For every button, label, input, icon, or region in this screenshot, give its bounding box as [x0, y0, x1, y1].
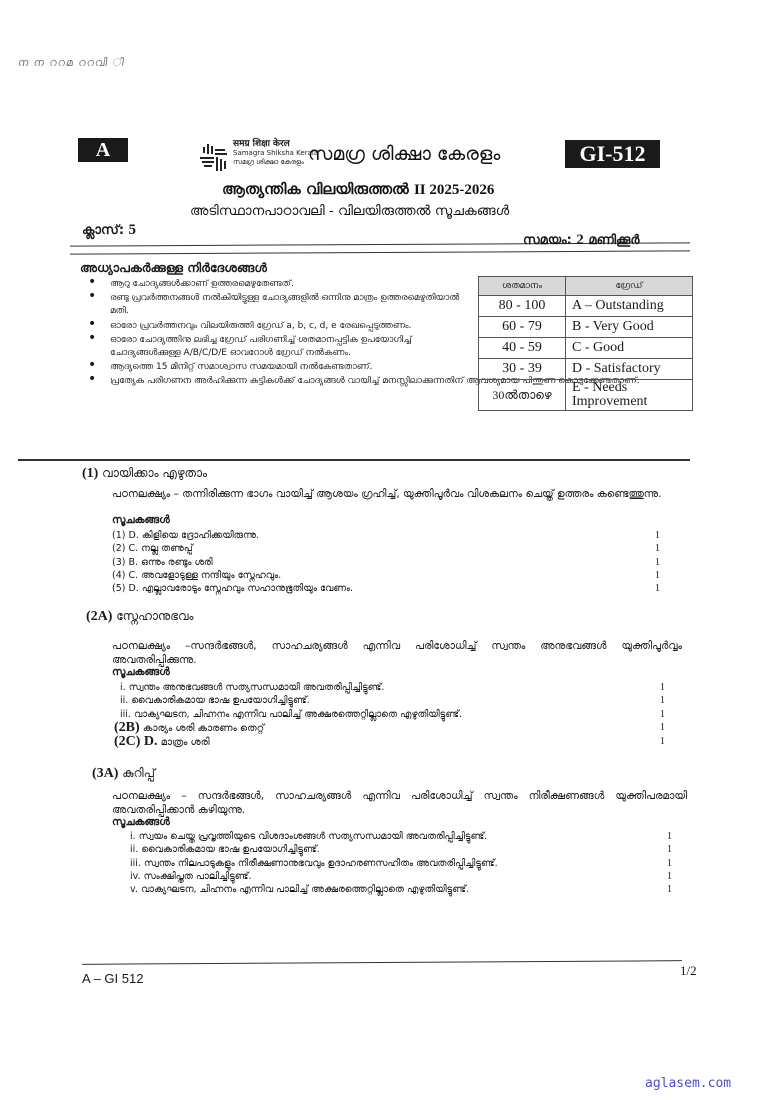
percentage-cell: 80 - 100: [479, 296, 566, 317]
section-2a-heading: (2A) സ്നേഹാനുഭവം: [86, 609, 194, 625]
instruction-item: ആറു ചോദ്യങ്ങൾക്കാണ് ഉത്തരമെഴുതേണ്ടത്.: [88, 278, 480, 291]
header-percentage: ശതമാനം: [479, 277, 566, 296]
answer-2b-row: (2B) കാര്യം ശരി കാരണം തെറ്റ്1: [114, 721, 665, 735]
section-3a-indicators: i. സ്വയം ചെയ്ത പ്രവൃത്തിയുടെ വിശദാംശങ്ങൾ…: [130, 830, 672, 896]
logo-line-hindi: समग्र शिक्षा केरल: [233, 140, 318, 149]
grade-cell: A – Outstanding: [566, 296, 693, 317]
indicator-row: (4) C. അവളോടുള്ള നന്ദിയും സ്നേഹവും.1: [112, 569, 660, 582]
grade-cell: E - Needs Improvement: [566, 380, 693, 411]
section-number: (2B): [114, 720, 140, 735]
table-row: 30 - 39 D - Satisfactory: [479, 359, 693, 380]
header-divider-2: [70, 250, 690, 254]
indicator-number: i.: [120, 682, 126, 693]
time-unit: മണിക്കൂർ: [588, 233, 639, 248]
scan-artifact-text: ന ന ററമ ററവി ി: [17, 56, 126, 70]
indicator-row: (1) D. കിളിയെ ദ്രോഹിക്കയിരുന്നു.1: [112, 529, 660, 542]
samagra-shiksha-logo-icon: [200, 143, 228, 173]
table-row: 80 - 100 A – Outstanding: [479, 296, 693, 317]
section-3a-objective: പഠനലക്ഷ്യം – സന്ദർഭങ്ങൾ, സാഹചര്യങ്ങൾ എന്…: [112, 789, 687, 817]
instructions-heading: അധ്യാപകർക്കുള്ള നിർദേശങ്ങൾ: [80, 260, 267, 276]
table-row: 30ൽതാഴെ E - Needs Improvement: [479, 380, 693, 411]
section-number: (2C) D.: [114, 734, 158, 749]
indicator-mark: 1: [667, 830, 672, 843]
indicator-number: ii.: [120, 695, 128, 706]
instruction-item: ഓരോ പ്രവർത്തനവും വിലയിരുത്തി ഗ്രേഡ് a, b…: [88, 320, 480, 333]
section-1-heading: (1) വായിക്കാം എഴുതാം: [82, 466, 207, 482]
footer-paper-code: A – GI 512: [82, 971, 143, 986]
section-title: സ്നേഹാനുഭവം: [116, 609, 193, 623]
indicator-mark: 1: [660, 681, 665, 694]
section-1-objective: പഠനലക്ഷ്യം – തന്നിരിക്കുന്ന ഭാഗം വായിച്ച…: [112, 487, 682, 501]
answer-2c-row: (2C) D. മാത്രം ശരി1: [114, 735, 665, 749]
indicator-number: (1): [112, 530, 125, 541]
indicator-mark: 1: [655, 542, 660, 555]
grade-cell: D - Satisfactory: [566, 359, 693, 380]
section-number: (1): [82, 466, 98, 481]
percentage-cell: 60 - 79: [479, 317, 566, 338]
indicator-text: D. കിളിയെ ദ്രോഹിക്കയിരുന്നു.: [129, 530, 259, 541]
percentage-cell: 30 - 39: [479, 359, 566, 380]
watermark-link[interactable]: aglasem.com: [645, 1076, 731, 1091]
indicator-row: (3) B. ഒന്നും രണ്ടും ശരി1: [112, 556, 660, 569]
indicator-text: സംക്ഷിപ്തത പാലിച്ചിട്ടുണ്ട്.: [144, 871, 252, 882]
indicators-label: സൂചകങ്ങൾ: [112, 816, 170, 829]
indicator-row: v. വാക്യഘടന, ചിഹ്നനം എന്നിവ പാലിച്ച് അക്…: [130, 883, 672, 896]
grade-table: ശതമാനം ഗ്രേഡ് 80 - 100 A – Outstanding 6…: [478, 276, 693, 411]
indicator-number: (4): [112, 570, 125, 581]
indicator-mark: 1: [655, 556, 660, 569]
indicator-row: ii. വൈകാരികമായ ഭാഷ ഉപയോഗിച്ചിട്ടുണ്ട്.1: [120, 694, 665, 707]
time-label: സമയം:: [523, 233, 572, 248]
indicator-row: (2) C. നല്ല തണുപ്പ്1: [112, 542, 660, 555]
instructions-list: ആറു ചോദ്യങ്ങൾക്കാണ് ഉത്തരമെഴുതേണ്ടത്. രണ…: [88, 278, 480, 390]
indicator-mark: 1: [667, 883, 672, 896]
section-1-indicators: (1) D. കിളിയെ ദ്രോഹിക്കയിരുന്നു.1 (2) C.…: [112, 529, 660, 595]
logo-line-english: Samagra Shiksha Kerala: [233, 149, 318, 158]
indicator-mark: 1: [660, 694, 665, 707]
indicator-row: iii. സ്വന്തം നിലപാടുകളും നിരീക്ഷണാനുഭവവു…: [130, 857, 672, 870]
page-number: 1/2: [680, 963, 697, 979]
indicator-number: (5): [112, 583, 125, 594]
section-2bc: (2B) കാര്യം ശരി കാരണം തെറ്റ്1 (2C) D. മാ…: [114, 721, 665, 750]
indicator-number: iii.: [130, 858, 141, 869]
indicators-label: സൂചകങ്ങൾ: [112, 514, 170, 527]
sub-title: അടിസ്ഥാനപാഠാവലി - വിലയിരുത്തൽ സൂചകങ്ങൾ: [190, 203, 509, 219]
section-title: വായിക്കാം എഴുതാം: [102, 466, 207, 480]
section-number: (2A): [86, 609, 112, 624]
logo-line-malayalam: സമഗ്ര ശിക്ഷാ കേരളം: [233, 158, 318, 167]
indicator-text: C. നല്ല തണുപ്പ്: [129, 543, 193, 554]
answer-mark: 1: [660, 721, 665, 735]
indicator-mark: 1: [655, 582, 660, 595]
section-title: കുറിപ്പ്: [122, 766, 155, 780]
indicator-number: iv.: [130, 871, 141, 882]
instruction-item: ഓരോ ചോദ്യത്തിനു ലഭിച്ച ഗ്രേഡ് പരിഗണിച്ച്…: [88, 334, 480, 360]
indicator-text: സ്വയം ചെയ്ത പ്രവൃത്തിയുടെ വിശദാംശങ്ങൾ സത…: [139, 831, 488, 842]
section-divider: [18, 459, 690, 461]
indicator-number: iii.: [120, 709, 131, 720]
answer-text: മാത്രം ശരി: [161, 737, 210, 748]
grade-table-header: ശതമാനം ഗ്രേഡ്: [479, 277, 693, 296]
indicator-mark: 1: [667, 857, 672, 870]
table-row: 40 - 59 C - Good: [479, 338, 693, 359]
indicator-text: വാക്യഘടന, ചിഹ്നനം എന്നിവ പാലിച്ച് അക്ഷരത…: [134, 709, 462, 720]
section-2a-objective: പഠനലക്ഷ്യം –സന്ദർഭങ്ങൾ, സാഹചര്യങ്ങൾ എന്ന…: [112, 639, 682, 667]
indicator-text: വാക്യഘടന, ചിഹ്നനം എന്നിവ പാലിച്ച് അക്ഷരത…: [141, 884, 469, 895]
indicator-text: സ്വന്തം അനുഭവങ്ങൾ സത്യസന്ധമായി അവതരിപ്പി…: [129, 682, 385, 693]
indicator-text: സ്വന്തം നിലപാടുകളും നിരീക്ഷണാനുഭവവും ഉദാ…: [144, 858, 498, 869]
class-value: 5: [129, 222, 137, 238]
percentage-cell: 40 - 59: [479, 338, 566, 359]
time-info: സമയം: 2 മണിക്കൂർ: [523, 232, 639, 249]
table-row: 60 - 79 B - Very Good: [479, 317, 693, 338]
class-info: ക്ലാസ്: 5: [82, 222, 136, 239]
indicator-number: (3): [112, 557, 125, 568]
section-2a-indicators: i. സ്വന്തം അനുഭവങ്ങൾ സത്യസന്ധമായി അവതരിപ…: [120, 681, 665, 721]
indicator-text: വൈകാരികമായ ഭാഷ ഉപയോഗിച്ചിട്ടുണ്ട്.: [131, 695, 309, 706]
logo-text: समग्र शिक्षा केरल Samagra Shiksha Kerala…: [233, 140, 318, 167]
answer-text: കാര്യം ശരി കാരണം തെറ്റ്: [143, 723, 264, 734]
indicators-label: സൂചകങ്ങൾ: [112, 666, 170, 679]
indicator-number: ii.: [130, 844, 138, 855]
organization-title: സമഗ്ര ശിക്ഷാ കേരളം: [308, 143, 500, 165]
indicator-row: ii. വൈകാരികമായ ഭാഷ ഉപയോഗിച്ചിട്ടുണ്ട്.1: [130, 843, 672, 856]
exam-title: ആത്യന്തിക വിലയിരുത്തൽ II 2025-2026: [222, 180, 494, 199]
indicator-mark: 1: [655, 569, 660, 582]
indicator-number: v.: [130, 884, 138, 895]
answer-mark: 1: [660, 735, 665, 749]
section-number: (3A): [92, 766, 118, 781]
indicator-row: i. സ്വയം ചെയ്ത പ്രവൃത്തിയുടെ വിശദാംശങ്ങൾ…: [130, 830, 672, 843]
indicator-mark: 1: [660, 708, 665, 721]
indicator-row: iii. വാക്യഘടന, ചിഹ്നനം എന്നിവ പാലിച്ച് അ…: [120, 708, 665, 721]
indicator-mark: 1: [655, 529, 660, 542]
set-label-badge: A: [78, 138, 128, 162]
indicator-text: C. അവളോടുള്ള നന്ദിയും സ്നേഹവും.: [129, 570, 282, 581]
indicator-row: i. സ്വന്തം അനുഭവങ്ങൾ സത്യസന്ധമായി അവതരിപ…: [120, 681, 665, 694]
indicator-row: iv. സംക്ഷിപ്തത പാലിച്ചിട്ടുണ്ട്.1: [130, 870, 672, 883]
indicator-number: (2): [112, 543, 125, 554]
exam-title-text: ആത്യന്തിക വിലയിരുത്തൽ: [222, 180, 409, 198]
indicator-row: (5) D. എല്ലാവരോടും സ്നേഹവും സഹാനുഭൂതിയും…: [112, 582, 660, 595]
section-3a-heading: (3A) കുറിപ്പ്: [92, 766, 155, 782]
time-value: 2: [576, 232, 584, 248]
exam-year: II 2025-2026: [414, 182, 494, 198]
instruction-item: രണ്ടു പ്രവർത്തനങ്ങൾ നൽകിയിട്ടുള്ള ചോദ്യങ…: [88, 292, 480, 318]
paper-code-badge: GI-512: [565, 140, 660, 168]
indicator-number: i.: [130, 831, 136, 842]
indicator-mark: 1: [667, 870, 672, 883]
indicator-text: D. എല്ലാവരോടും സ്നേഹവും സഹാനുഭൂതിയും വേണ…: [129, 583, 353, 594]
percentage-cell: 30ൽതാഴെ: [479, 380, 566, 411]
grade-cell: B - Very Good: [566, 317, 693, 338]
indicator-mark: 1: [667, 843, 672, 856]
class-label: ക്ലാസ്:: [82, 223, 124, 238]
indicator-text: വൈകാരികമായ ഭാഷ ഉപയോഗിച്ചിട്ടുണ്ട്.: [141, 844, 319, 855]
grade-cell: C - Good: [566, 338, 693, 359]
header-grade: ഗ്രേഡ്: [566, 277, 693, 296]
indicator-text: B. ഒന്നും രണ്ടും ശരി: [129, 557, 213, 568]
footer-divider: [82, 960, 682, 965]
